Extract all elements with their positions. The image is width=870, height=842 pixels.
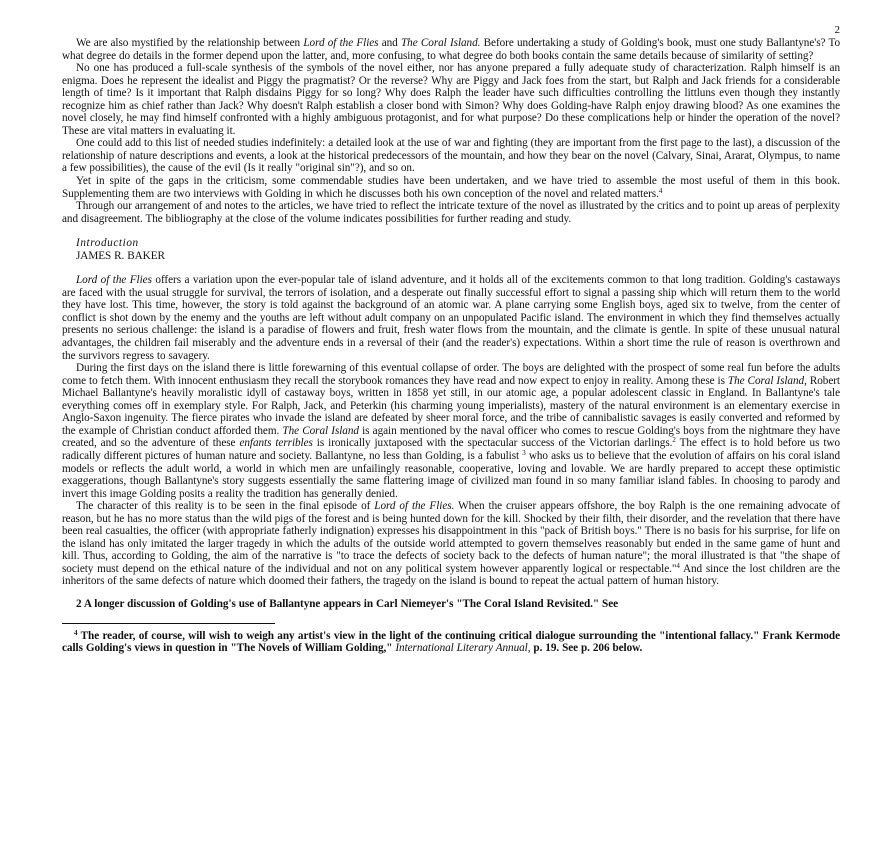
italic-title: Lord of the Flies <box>76 274 152 286</box>
footnote-source: International Literary Annual, <box>395 642 530 654</box>
text-run: No one has produced a full-scale synthes… <box>62 62 840 137</box>
italic-title: The Coral Island. <box>401 37 480 49</box>
footnote-ref: 4 <box>659 187 662 195</box>
section-author: JAMES R. BAKER <box>62 250 840 263</box>
paragraph: The character of this reality is to be s… <box>62 500 840 588</box>
document-page: 2 We are also mystified by the relations… <box>62 24 840 655</box>
intro-section: We are also mystified by the relationshi… <box>62 37 840 225</box>
text-run: offers a variation upon the ever-popular… <box>62 274 840 361</box>
text-run: is ironically juxtaposed with the specta… <box>313 437 673 449</box>
footnote-continuation: 2 A longer discussion of Golding's use o… <box>62 598 840 611</box>
paragraph: Lord of the Flies offers a variation upo… <box>62 274 840 362</box>
paragraph: One could add to this list of needed stu… <box>62 137 840 175</box>
paragraph: We are also mystified by the relationshi… <box>62 37 840 62</box>
text-run: We are also mystified by the relationshi… <box>76 37 303 49</box>
paragraph: Through our arrangement of and notes to … <box>62 200 840 225</box>
italic-title: Lord of the Flies. <box>374 500 454 512</box>
italic-title: The Coral Island, <box>728 375 807 387</box>
footnote-separator <box>62 623 275 624</box>
text-run: The character of this reality is to be s… <box>76 500 374 512</box>
text-run: During the first days on the island ther… <box>62 362 840 387</box>
text-run: One could add to this list of needed stu… <box>62 137 840 174</box>
paragraph: No one has produced a full-scale synthes… <box>62 62 840 137</box>
footnote-tail: p. 19. See p. 206 below. <box>530 642 642 654</box>
text-run: and <box>378 37 401 49</box>
italic-title: enfants terribles <box>239 437 312 449</box>
italic-title: The Coral Island <box>282 425 359 437</box>
page-number: 2 <box>62 24 840 37</box>
text-run: Through our arrangement of and notes to … <box>62 200 840 225</box>
paragraph: Yet in spite of the gaps in the criticis… <box>62 175 840 200</box>
spacer <box>62 588 840 598</box>
section-title: Introduction <box>62 237 840 250</box>
spacer <box>62 262 840 274</box>
text-run: Yet in spite of the gaps in the criticis… <box>62 175 840 200</box>
paragraph: During the first days on the island ther… <box>62 362 840 500</box>
body-section: Lord of the Flies offers a variation upo… <box>62 274 840 588</box>
italic-title: Lord of the Flies <box>303 37 378 49</box>
footnote-4: 4 The reader, of course, will wish to we… <box>62 630 840 655</box>
spacer <box>62 225 840 237</box>
